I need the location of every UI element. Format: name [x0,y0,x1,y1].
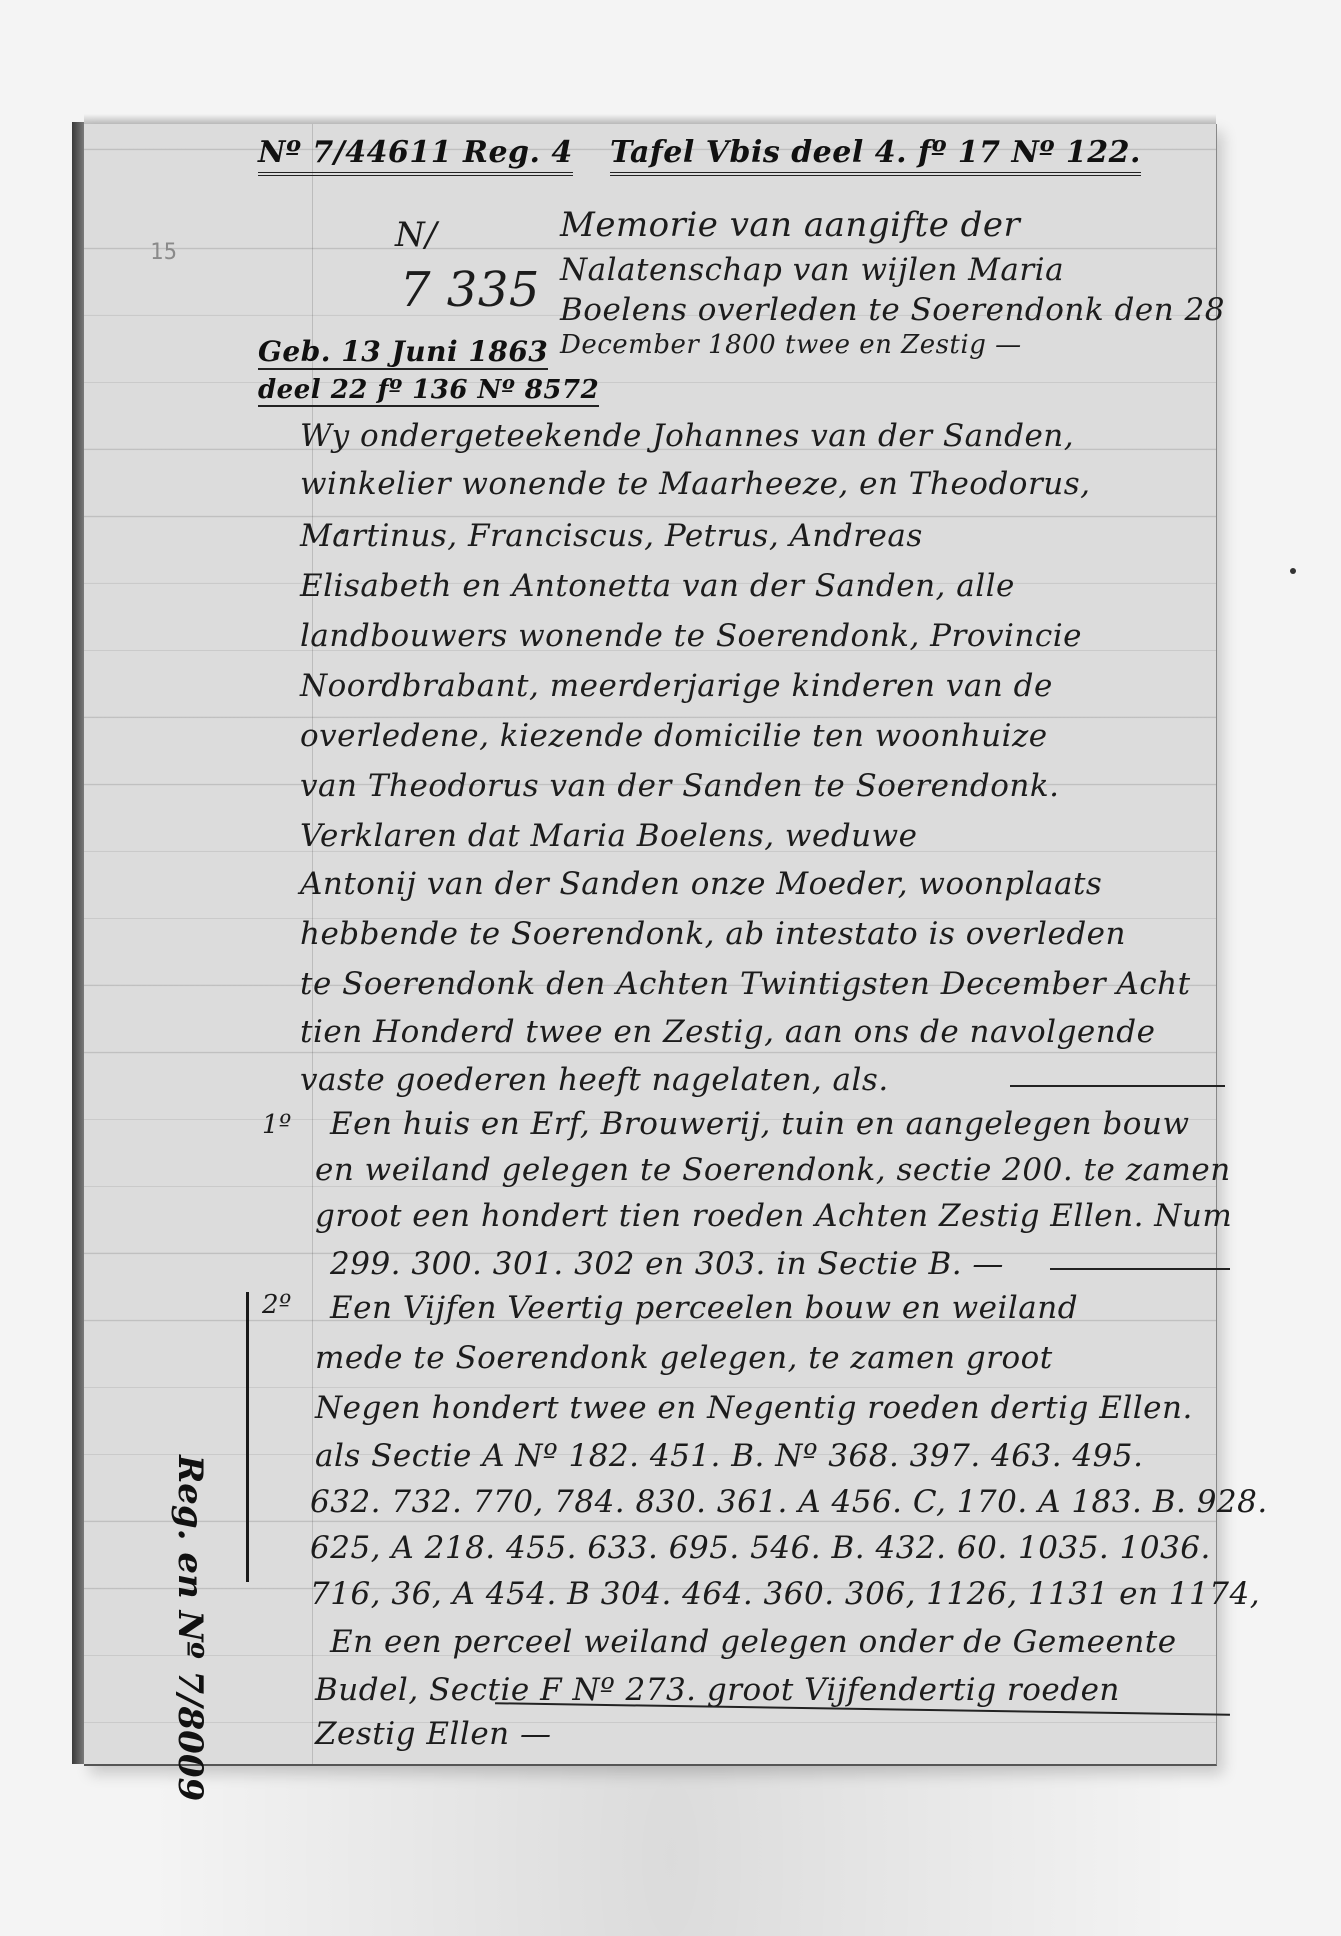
item-line: 625, A 218. 455. 633. 695. 546. B. 432. … [310,1530,1211,1566]
item-line: als Sectie A Nº 182. 451. B. Nº 368. 397… [315,1438,1143,1474]
ink-speck [340,529,345,534]
body-line: Elisabeth en Antonetta van der Sanden, a… [300,568,1015,604]
item-line: Budel, Sectie F Nº 273. groot Vijfendert… [315,1672,1120,1708]
item-number: 2º [262,1290,292,1320]
file-number: 7 335 [400,262,540,318]
body-line: Noordbrabant, meerderjarige kinderen van… [300,668,1053,704]
margin-page-number: 15 [150,240,178,265]
title-line: December 1800 twee en Zestig — [560,330,1022,360]
item-line: Zestig Ellen — [315,1716,552,1752]
line-filler-rule [1050,1268,1230,1270]
title-line: Boelens overleden te Soerendonk den 28 [560,292,1225,328]
margin-registration-line2: deel 22 fº 136 Nº 8572 [258,375,599,407]
body-line: overledene, kiezende domicilie ten woonh… [300,718,1048,754]
body-line: van Theodorus van der Sanden te Soerendo… [300,768,1060,804]
title-line: Memorie van aangifte der [560,205,1020,245]
body-line: Wy ondergeteekende Johannes van der Sand… [300,418,1074,454]
body-line: tien Honderd twee en Zestig, aan ons de … [300,1014,1155,1050]
item-line: 632. 732. 770, 784. 830. 361. A 456. C, … [310,1484,1268,1520]
line-filler-rule [1010,1085,1225,1087]
margin-vertical-note: Reg. en Nº 7/8009 [170,1455,210,1801]
body-line: Verklaren dat Maria Boelens, weduwe [300,818,918,854]
item-line: mede te Soerendonk gelegen, te zamen gro… [315,1340,1053,1376]
margin-registration-line1: Geb. 13 Juni 1863 [258,335,548,370]
body-line: Martinus, Franciscus, Petrus, Andreas [300,518,923,554]
ink-speck [1290,568,1296,574]
body-line: winkelier wonende te Maarheeze, en Theod… [300,466,1091,502]
item-line: Negen hondert twee en Negentig roeden de… [315,1390,1193,1426]
body-line: te Soerendonk den Achten Twintigsten Dec… [300,966,1191,1002]
file-number-prefix: N/ [395,215,437,255]
body-line: landbouwers wonende te Soerendonk, Provi… [300,618,1082,654]
item-line: 299. 300. 301. 302 en 303. in Sectie B. … [330,1246,1004,1282]
body-line: hebbende te Soerendonk, ab intestato is … [300,916,1126,952]
item-number: 1º [262,1110,292,1140]
item-line: En een perceel weiland gelegen onder de … [330,1624,1177,1660]
item-line: groot een hondert tien roeden Achten Zes… [315,1198,1232,1234]
item-line: en weiland gelegen te Soerendonk, sectie… [315,1152,1231,1188]
item-line: 716, 36, A 454. B 304. 464. 360. 306, 11… [310,1576,1260,1612]
item-line: Een huis en Erf, Brouwerij, tuin en aang… [330,1106,1189,1142]
body-line: Antonij van der Sanden onze Moeder, woon… [300,866,1102,902]
register-reference: Nº 7/44611 Reg. 4 [258,135,573,176]
body-line: vaste goederen heeft nagelaten, als. [300,1062,889,1098]
item-line: Een Vijfen Veertig perceelen bouw en wei… [330,1290,1078,1326]
title-line: Nalatenschap van wijlen Maria [560,252,1064,288]
table-reference: Tafel Vbis deel 4. fº 17 Nº 122. [610,135,1141,176]
margin-vertical-rule [246,1292,249,1582]
